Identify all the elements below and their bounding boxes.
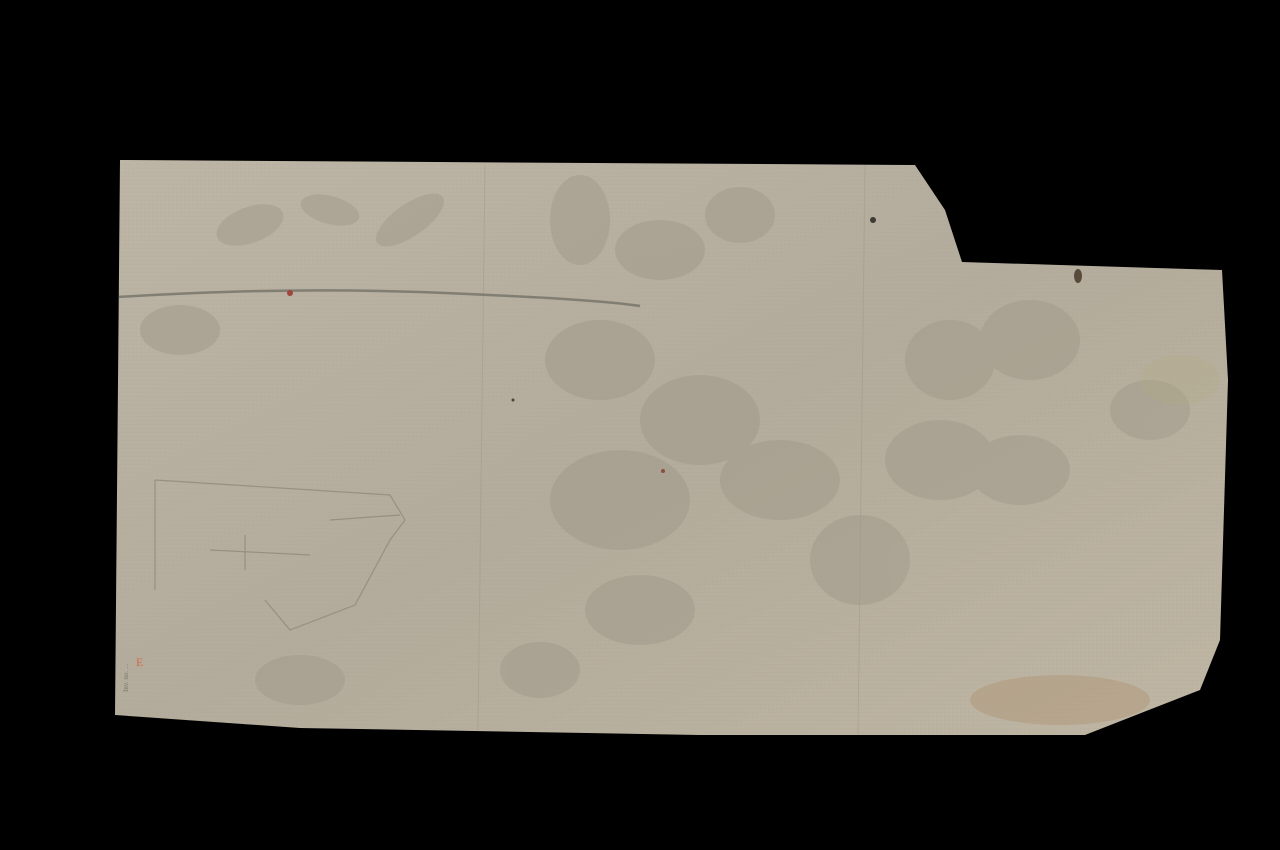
red-mark: E [136,655,143,670]
image-stage: Inv. no. ... E [0,0,1280,850]
fragment [0,0,1280,850]
fragment-illustration [0,0,1280,850]
